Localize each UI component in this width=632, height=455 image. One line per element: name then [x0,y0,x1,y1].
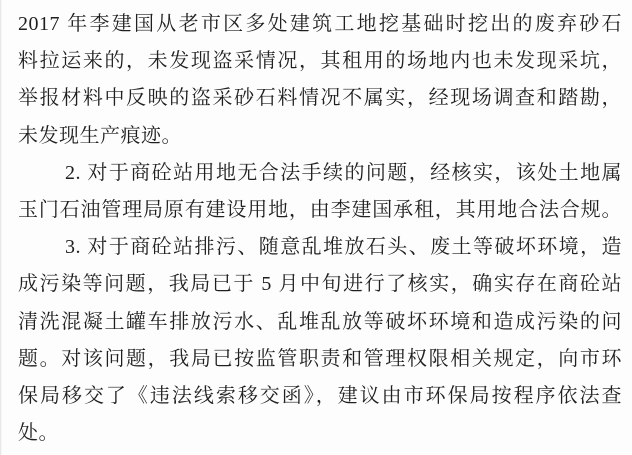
document-page: 2017 年李建国从老市区多处建筑工地挖基础时挖出的废弃砂石 料拉运来的，未发现… [0,0,632,455]
document-line-1: 2017 年李建国从老市区多处建筑工地挖基础时挖出的废弃砂石 [18,6,622,43]
document-line-6: 玉门石油管理局原有建设用地，由李建国承租，其用地合法合规。 [18,192,622,229]
document-line-11: 保局移交了《违法线索移交函》，建议由市环保局按程序依法查 [18,378,622,415]
document-line-9: 清洗混凝土罐车排放污水、乱堆乱放等破坏环境和造成污染的问 [18,304,622,341]
document-line-8: 成污染等问题，我局已于 5 月中旬进行了核实，确实存在商砼站 [18,266,622,303]
document-line-3: 举报材料中反映的盗采砂石料情况不属实，经现场调查和踏勘， [18,80,622,117]
document-line-7: 3. 对于商砼站排污、随意乱堆放石头、废土等破坏环境，造 [18,229,622,266]
document-line-2: 料拉运来的，未发现盗采情况，其租用的场地内也未发现采坑， [18,43,622,80]
document-line-10: 题。对该问题，我局已按监管职责和管理权限相关规定，向市环 [18,341,622,378]
document-text-block: 2017 年李建国从老市区多处建筑工地挖基础时挖出的废弃砂石 料拉运来的，未发现… [18,6,622,452]
document-line-4: 未发现生产痕迹。 [18,118,622,155]
document-line-12: 处。 [18,415,622,452]
document-line-5: 2. 对于商砼站用地无合法手续的问题，经核实，该处土地属 [18,155,622,192]
scan-edge-artifact [0,0,2,455]
